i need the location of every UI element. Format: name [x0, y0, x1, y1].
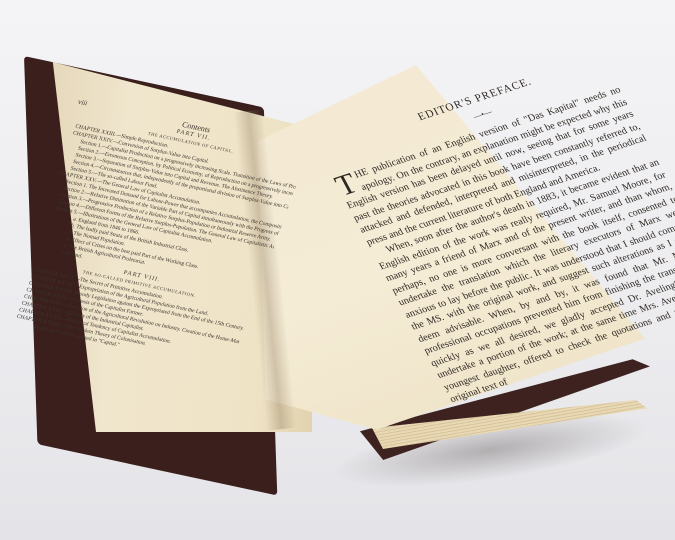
- photo-scene: viii Contents PART VII. THE ACCUMULATION…: [0, 0, 675, 540]
